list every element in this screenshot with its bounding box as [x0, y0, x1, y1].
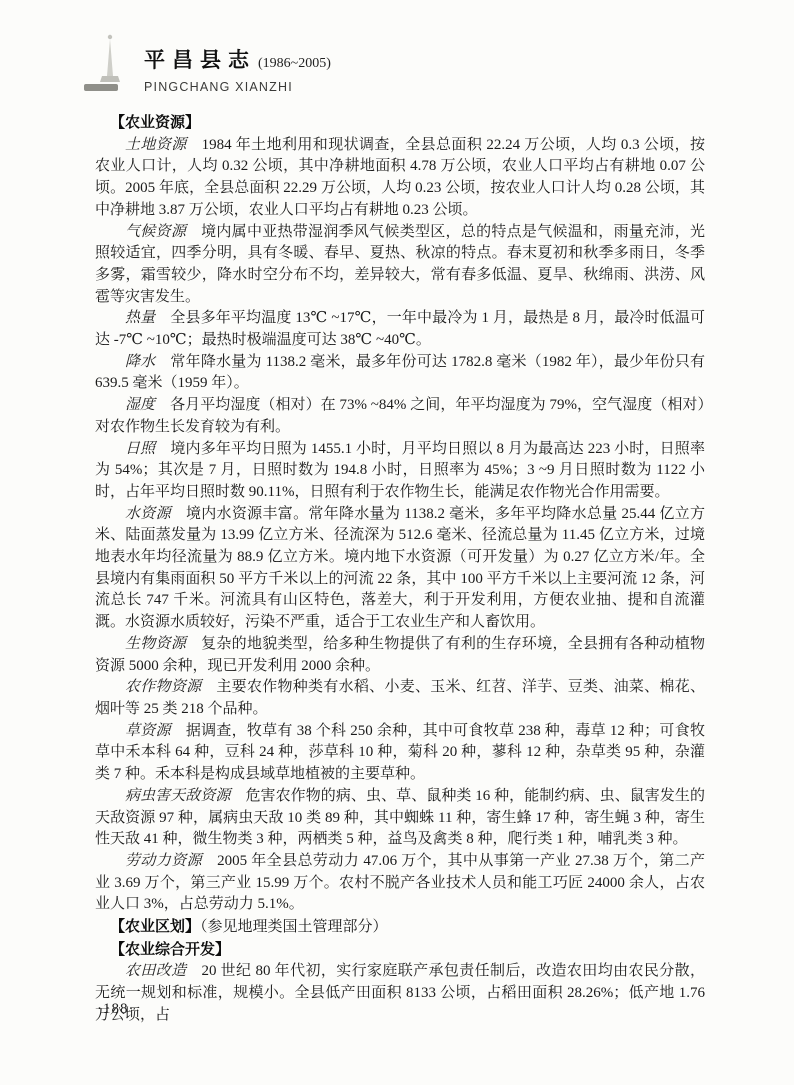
para-label: 劳动力资源 — [125, 853, 202, 869]
section-heading-agri-development: 【农业综合开发】 — [95, 939, 705, 962]
para-farmland-improvement: 农田改造20 世纪 80 年代初，实行家庭联产承包责任制后，改造农田均由农民分散… — [95, 961, 705, 1026]
para-grass-resources: 草资源据调查，牧草有 38 个科 250 余种，其中可食牧草 238 种，毒草 … — [95, 721, 705, 786]
para-label: 生物资源 — [125, 636, 186, 652]
para-land-resources: 土地资源1984 年土地利用和现状调查，全县总面积 22.24 万公顷，人均 0… — [95, 135, 705, 222]
section-heading-agri-resources: 【农业资源】 — [95, 112, 705, 135]
para-labor-resources: 劳动力资源2005 年全县总劳动力 47.06 万个，其中从事第一产业 27.3… — [95, 851, 705, 916]
document-page: 平昌县志 (1986~2005) PINGCHANG XIANZHI 【农业资源… — [0, 0, 794, 1085]
para-label: 土地资源 — [125, 137, 187, 153]
para-label: 日照 — [125, 441, 155, 457]
para-pest-enemy-resources: 病虫害天敌资源危害农作物的病、虫、草、鼠种类 16 种，能制约病、虫、鼠害发生的… — [95, 786, 705, 851]
section-heading-agri-zoning: 【农业区划】（参见地理类国土管理部分） — [95, 916, 705, 939]
zoning-note: （参见地理类国土管理部分） — [200, 919, 388, 935]
page-body: 【农业资源】 土地资源1984 年土地利用和现状调查，全县总面积 22.24 万… — [95, 112, 705, 1027]
para-biological-resources: 生物资源复杂的地貌类型，给多种生物提供了有利的生存环境，全县拥有各种动植物资源 … — [95, 634, 705, 677]
page-number: ·188· — [97, 1001, 135, 1018]
para-label: 水资源 — [125, 506, 171, 522]
book-subtitle-pinyin: PINGCHANG XIANZHI — [144, 80, 331, 94]
para-heat: 热量全县多年平均温度 13℃ ~17℃，一年中最冷为 1 月，最热是 8 月，最… — [95, 308, 705, 351]
para-climate-resources: 气候资源境内属中亚热带湿润季风气候类型区，总的特点是气候温和，雨量充沛，光照较适… — [95, 222, 705, 309]
para-text: 全县多年平均温度 13℃ ~17℃，一年中最冷为 1 月，最热是 8 月，最冷时… — [95, 310, 705, 348]
para-text: 境内属中亚热带湿润季风气候类型区，总的特点是气候温和，雨量充沛，光照较适宜，四季… — [95, 224, 705, 305]
book-title-years: (1986~2005) — [258, 56, 331, 72]
para-label: 热量 — [125, 310, 155, 326]
para-text: 常年降水量为 1138.2 毫米，最多年份可达 1782.8 毫米（1982 年… — [95, 354, 705, 392]
para-text: 据调查，牧草有 38 个科 250 余种，其中可食牧草 238 种，毒草 12 … — [95, 723, 705, 782]
para-humidity: 湿度各月平均湿度（相对）在 73% ~84% 之间，年平均湿度为 79%，空气湿… — [95, 395, 705, 438]
para-label: 农田改造 — [125, 963, 187, 979]
monument-logo-icon — [84, 30, 136, 96]
page-header: 平昌县志 (1986~2005) PINGCHANG XIANZHI — [84, 30, 331, 96]
para-text: 各月平均湿度（相对）在 73% ~84% 之间，年平均湿度为 79%，空气湿度（… — [95, 397, 705, 435]
para-crop-resources: 农作物资源主要农作物种类有水稻、小麦、玉米、红苕、洋芋、豆类、油菜、棉花、烟叶等… — [95, 677, 705, 720]
book-title: 平昌县志 — [144, 44, 256, 74]
para-sunshine: 日照境内多年平均日照为 1455.1 小时，月平均日照以 8 月为最高达 223… — [95, 439, 705, 504]
monument-logo-svg — [84, 30, 136, 96]
para-text: 复杂的地貌类型，给多种生物提供了有利的生存环境，全县拥有各种动植物资源 5000… — [95, 636, 705, 674]
para-label: 降水 — [125, 354, 155, 370]
para-label: 病虫害天敌资源 — [125, 788, 230, 804]
para-label: 气候资源 — [125, 224, 186, 240]
header-titles: 平昌县志 (1986~2005) PINGCHANG XIANZHI — [144, 44, 331, 96]
para-label: 湿度 — [125, 397, 155, 413]
para-water-resources: 水资源境内水资源丰富。常年降水量为 1138.2 毫米，多年平均降水总量 25.… — [95, 504, 705, 634]
para-text: 境内水资源丰富。常年降水量为 1138.2 毫米，多年平均降水总量 25.44 … — [95, 506, 705, 631]
para-precipitation: 降水常年降水量为 1138.2 毫米，最多年份可达 1782.8 毫米（1982… — [95, 352, 705, 395]
para-label: 农作物资源 — [125, 679, 201, 695]
para-text: 境内多年平均日照为 1455.1 小时，月平均日照以 8 月为最高达 223 小… — [95, 441, 705, 500]
para-label: 草资源 — [125, 723, 171, 739]
